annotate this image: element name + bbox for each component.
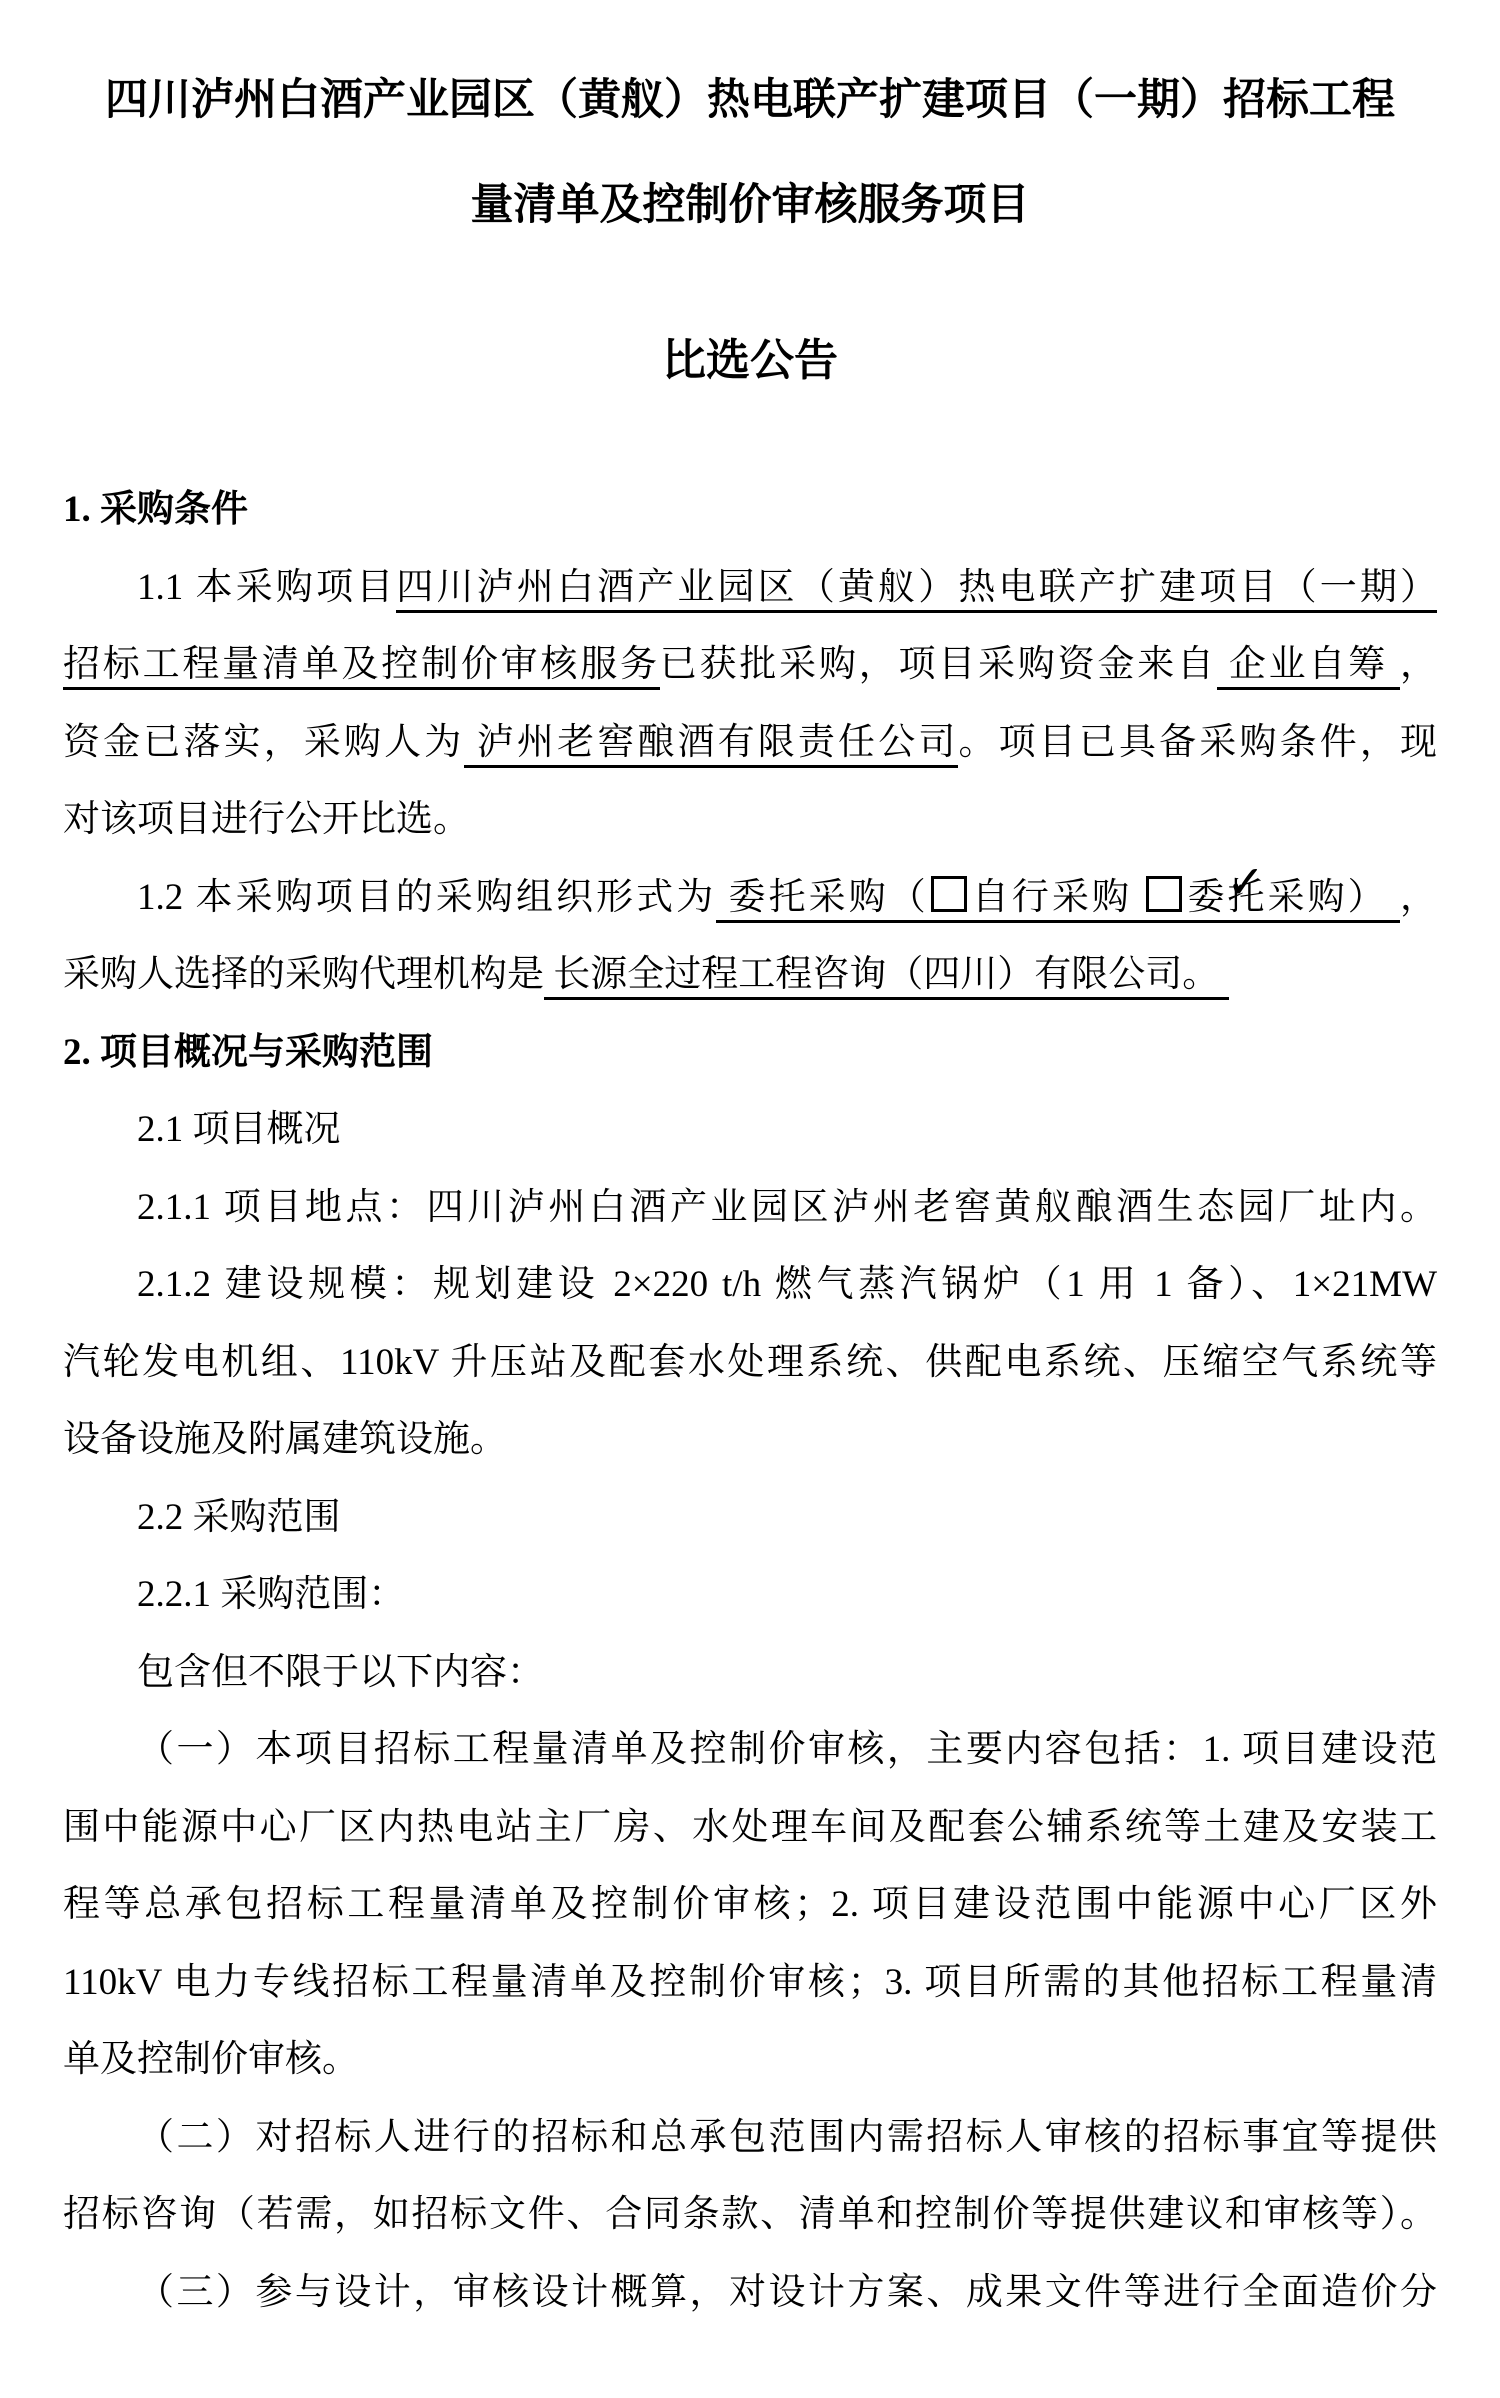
- section-2-2-heading: 2.2 采购范围: [63, 1479, 1437, 1557]
- clause-2-2-1-heading: 2.2.1 采购范围：: [63, 1556, 1437, 1634]
- clause-1-1-line4: 对该项目进行公开比选。: [63, 781, 1437, 859]
- clause-2-1-2-line1: 2.1.2 建设规模：规划建设 2×220 t/h 燃气蒸汽锅炉（1 用 1 备…: [63, 1246, 1437, 1324]
- option-self-procurement: 自行采购: [969, 877, 1145, 918]
- scope-item-1-line4: 110kV 电力专线招标工程量清单及控制价审核；3. 项目所需的其他招标工程量清: [63, 1944, 1437, 2022]
- scope-item-1-line5: 单及控制价审核。: [63, 2021, 1437, 2099]
- document-page: 四川泸州白酒产业园区（黄舣）热电联产扩建项目（一期）招标工程 量清单及控制价审核…: [0, 0, 1500, 2398]
- clause-1-1-line3: 资金已落实，采购人为 泸州老窖酿酒有限责任公司。项目已具备采购条件，现: [63, 704, 1437, 782]
- clause-2-2-1-intro: 包含但不限于以下内容：: [63, 1634, 1437, 1712]
- clause-1-2-line1: 1.2 本采购项目的采购组织形式为 委托采购（自行采购 ✓委托采购） ，: [63, 859, 1437, 937]
- procurement-form-field: 委托采购（自行采购 ✓委托采购）: [716, 877, 1400, 923]
- agency-name-field: 长源全过程工程咨询（四川）有限公司。: [544, 954, 1229, 1000]
- clause-1-1-line2: 招标工程量清单及控制价审核服务已获批采购，项目采购资金来自 企业自筹 ，: [63, 626, 1437, 704]
- procurement-form-text: 委托采购（: [716, 877, 929, 918]
- document-title: 四川泸州白酒产业园区（黄舣）热电联产扩建项目（一期）招标工程 量清单及控制价审核…: [63, 48, 1437, 258]
- clause-1-1-text: 资金已落实，采购人为: [63, 722, 464, 763]
- clause-1-1-text: 已获批采购，项目采购资金来自: [660, 644, 1217, 685]
- funding-source-field: 企业自筹: [1217, 644, 1400, 690]
- clause-1-1-line1: 1.1 本采购项目四川泸州白酒产业园区（黄舣）热电联产扩建项目（一期）: [63, 549, 1437, 627]
- scope-item-2-line2: 招标咨询（若需，如招标文件、合同条款、清单和控制价等提供建议和审核等）。: [63, 2176, 1437, 2254]
- checkbox-unchecked-icon: [931, 876, 967, 912]
- clause-1-1-text: 1.1 本采购项目: [137, 567, 396, 608]
- clause-1-2-text: 采购人选择的采购代理机构是: [63, 954, 544, 995]
- notice-heading: 比选公告: [63, 308, 1437, 413]
- checkbox-checked-icon: ✓: [1146, 876, 1182, 912]
- project-name-field: 四川泸州白酒产业园区（黄舣）热电联产扩建项目（一期）: [396, 567, 1437, 613]
- comma: ，: [1400, 644, 1437, 685]
- clause-1-2-line2: 采购人选择的采购代理机构是 长源全过程工程咨询（四川）有限公司。: [63, 936, 1437, 1014]
- comma: ，: [1400, 877, 1437, 918]
- document-title-line2: 量清单及控制价审核服务项目: [63, 153, 1437, 258]
- scope-item-1-line3: 程等总承包招标工程量清单及控制价审核；2. 项目建设范围中能源中心厂区外: [63, 1866, 1437, 1944]
- scope-item-3-line1: （三）参与设计，审核设计概算，对设计方案、成果文件等进行全面造价分: [63, 2254, 1437, 2332]
- document-title-line1: 四川泸州白酒产业园区（黄舣）热电联产扩建项目（一期）招标工程: [63, 48, 1437, 153]
- scope-item-2-line1: （二）对招标人进行的招标和总承包范围内需招标人审核的招标事宜等提供: [63, 2099, 1437, 2177]
- purchaser-name-field: 泸州老窖酿酒有限责任公司: [464, 722, 958, 768]
- scope-item-1-line2: 围中能源中心厂区内热电站主厂房、水处理车间及配套公辅系统等土建及安装工: [63, 1789, 1437, 1867]
- scope-item-1-line1: （一）本项目招标工程量清单及控制价审核，主要内容包括：1. 项目建设范: [63, 1711, 1437, 1789]
- clause-2-1-2-line3: 设备设施及附属建筑设施。: [63, 1401, 1437, 1479]
- document-body: 1. 采购条件 1.1 本采购项目四川泸州白酒产业园区（黄舣）热电联产扩建项目（…: [63, 471, 1437, 2331]
- section-2-heading: 2. 项目概况与采购范围: [63, 1014, 1437, 1092]
- check-mark-icon: ✓: [1152, 859, 1265, 905]
- clause-1-2-text: 1.2 本采购项目的采购组织形式为: [137, 877, 716, 918]
- section-2-1-heading: 2.1 项目概况: [63, 1091, 1437, 1169]
- section-1-heading: 1. 采购条件: [63, 471, 1437, 549]
- clause-2-1-2-line2: 汽轮发电机组、110kV 升压站及配套水处理系统、供配电系统、压缩空气系统等: [63, 1324, 1437, 1402]
- clause-1-1-text: 。项目已具备采购条件，现: [958, 722, 1437, 763]
- clause-2-1-1: 2.1.1 项目地点：四川泸州白酒产业园区泸州老窖黄舣酿酒生态园厂址内。: [63, 1169, 1437, 1247]
- project-name-field-cont: 招标工程量清单及控制价审核服务: [63, 644, 660, 690]
